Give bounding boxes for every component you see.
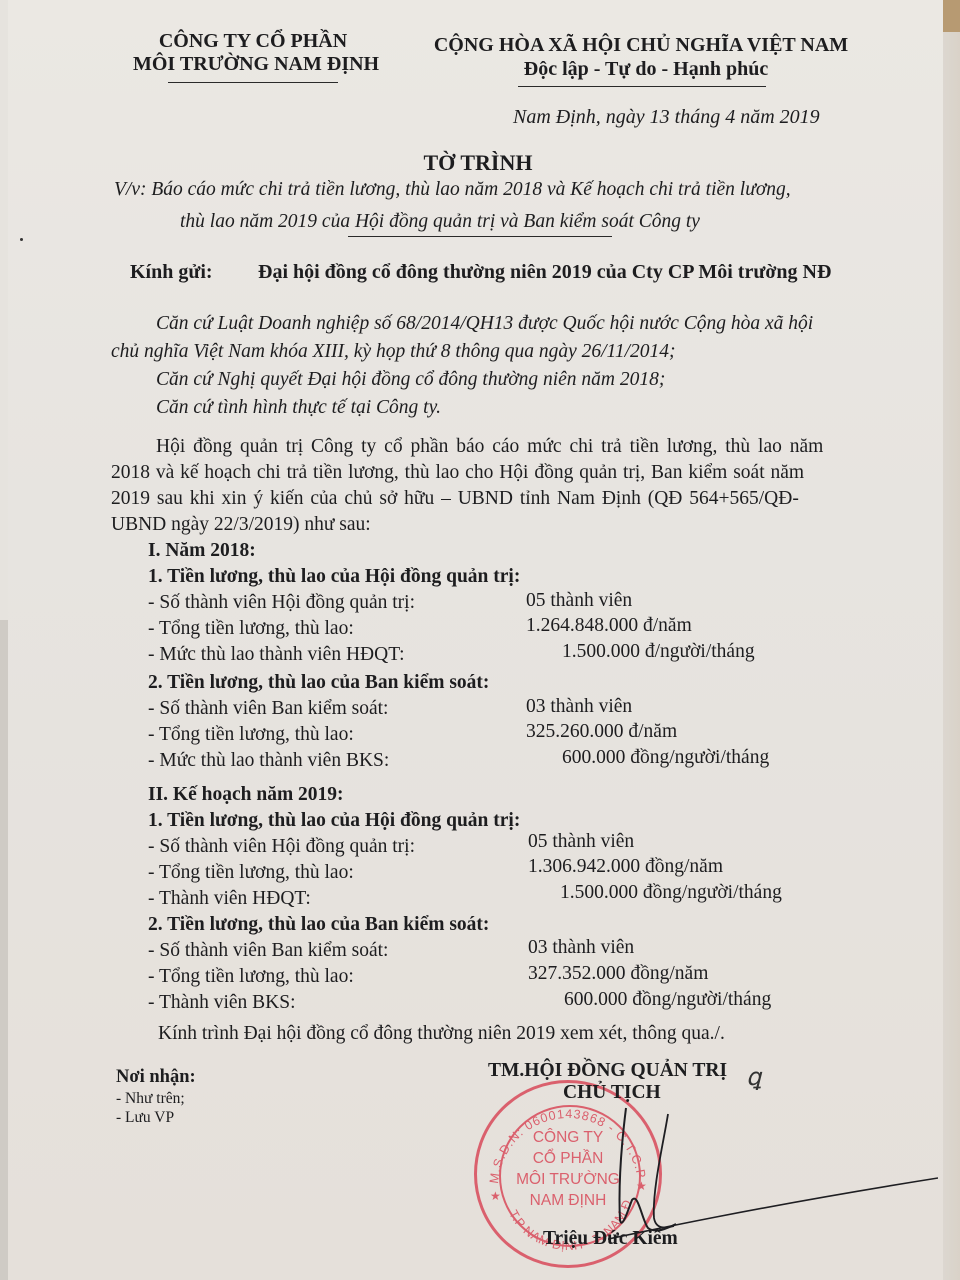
s2-bks-members-label: - Số thành viên Ban kiểm soát: [148,940,388,962]
s1-bks-total-label: - Tổng tiền lương, thù lao: [148,724,354,746]
signature-position: CHỦ TỊCH [563,1082,661,1104]
s2-bks-members-value: 03 thành viên [528,937,634,959]
s1-board-rate-label: - Mức thù lao thành viên HĐQT: [148,644,405,666]
section2-board-heading: 1. Tiền lương, thù lao của Hội đồng quản… [148,810,520,832]
recipient-label: Kính gửi: [130,261,213,284]
section2-heading: II. Kế hoạch năm 2019: [148,784,344,806]
place-date: Nam Định, ngày 13 tháng 4 năm 2019 [513,106,820,129]
nation-line1: CỘNG HÒA XÃ HỘI CHỦ NGHĨA VIỆT NAM [426,34,856,57]
ground-1-cont: chủ nghĩa Việt Nam khóa XIII, kỳ họp thứ… [111,341,675,363]
s1-bks-rate-value: 600.000 đồng/người/tháng [562,747,769,769]
section2-supervisory-heading: 2. Tiền lương, thù lao của Ban kiểm soát… [148,914,489,936]
s2-bks-total-value: 327.352.000 đồng/năm [528,963,708,985]
document-title: TỜ TRÌNH [348,150,608,176]
intro-line4: UBND ngày 22/3/2019) như sau: [111,514,371,536]
closing-statement: Kính trình Đại hội đồng cổ đông thường n… [158,1023,725,1045]
s2-board-total-label: - Tổng tiền lương, thù lao: [148,862,354,884]
signature-on-behalf: TM.HỘI ĐỒNG QUẢN TRỊ [488,1060,727,1082]
paper-mark [20,238,23,241]
s1-board-rate-value: 1.500.000 đ/người/tháng [562,641,755,663]
s1-bks-members-label: - Số thành viên Ban kiểm soát: [148,698,388,720]
subject-underline [348,236,612,237]
s1-board-total-label: - Tổng tiền lương, thù lao: [148,618,354,640]
s2-board-total-value: 1.306.942.000 đồng/năm [528,856,723,878]
s1-bks-total-value: 325.260.000 đ/năm [526,721,677,743]
s2-bks-total-label: - Tổng tiền lương, thù lao: [148,966,354,988]
recipients-item-2: - Lưu VP [116,1109,174,1127]
subject-line1: V/v: Báo cáo mức chi trả tiền lương, thù… [114,179,791,201]
subject-line2: thù lao năm 2019 của Hội đồng quản trị v… [180,211,700,233]
svg-text:★: ★ [490,1189,501,1203]
ground-2: Căn cứ Nghị quyết Đại hội đồng cổ đông t… [156,369,665,391]
ground-3: Căn cứ tình hình thực tế tại Công ty. [156,397,441,419]
document-page: CÔNG TY CỔ PHẦN MÔI TRƯỜNG NAM ĐỊNH CỘNG… [8,0,943,1280]
s1-board-total-value: 1.264.848.000 đ/năm [526,615,692,637]
org-name-line1: CÔNG TY CỔ PHẦN [143,30,363,53]
section1-heading: I. Năm 2018: [148,540,256,562]
section1-supervisory-heading: 2. Tiền lương, thù lao của Ban kiểm soát… [148,672,489,694]
s1-board-members-label: - Số thành viên Hội đồng quản trị: [148,592,415,614]
s2-board-members-value: 05 thành viên [528,831,634,853]
s1-bks-rate-label: - Mức thù lao thành viên BKS: [148,750,389,772]
initials-mark: ꝗ [746,1063,761,1092]
intro-line3: 2019 sau khi xin ý kiến của chủ sở hữu –… [111,488,799,510]
s2-board-rate-value: 1.500.000 đồng/người/tháng [560,882,782,904]
recipient-value: Đại hội đồng cổ đông thường niên 2019 củ… [258,261,831,284]
intro-line2: 2018 và kế hoạch chi trả tiền lương, thù… [111,462,804,484]
signer-name: Triệu Đức Kiểm [543,1228,678,1250]
recipients-label: Nơi nhận: [116,1067,196,1088]
s2-board-rate-label: - Thành viên HĐQT: [148,888,311,910]
nation-motto: Độc lập - Tự do - Hạnh phúc [486,58,806,81]
background-surface [943,0,960,32]
recipients-item-1: - Như trên; [116,1090,185,1108]
s2-bks-rate-label: - Thành viên BKS: [148,992,296,1014]
underlying-page-edge [0,620,8,1280]
s1-bks-members-value: 03 thành viên [526,696,632,718]
org-underline [168,82,338,83]
intro-line1: Hội đồng quản trị Công ty cổ phần báo cá… [156,436,823,458]
s2-board-members-label: - Số thành viên Hội đồng quản trị: [148,836,415,858]
section1-board-heading: 1. Tiền lương, thù lao của Hội đồng quản… [148,566,520,588]
page-right-edge [943,0,960,1280]
s1-board-members-value: 05 thành viên [526,590,632,612]
org-name-line2: MÔI TRƯỜNG NAM ĐỊNH [133,53,373,76]
ground-1: Căn cứ Luật Doanh nghiệp số 68/2014/QH13… [156,313,813,335]
s2-bks-rate-value: 600.000 đồng/người/tháng [564,989,771,1011]
motto-underline [518,86,766,87]
